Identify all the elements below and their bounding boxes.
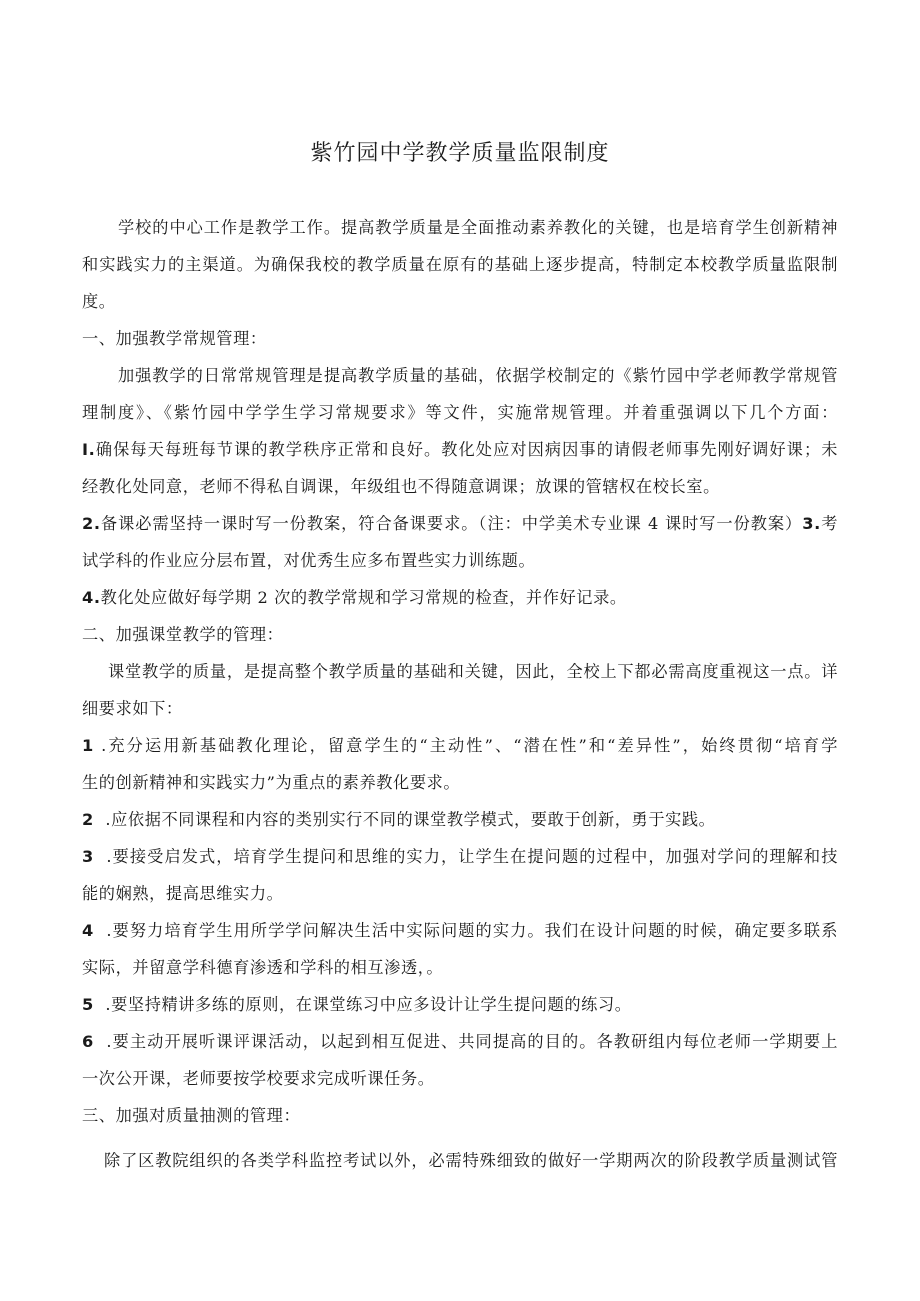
section-2-item-6-line-1: 6 .要主动开展听课评课活动，以起到相互促进、共同提高的目的。各教研组内每位老师… — [82, 1031, 838, 1053]
section-2-item-3-line-2: 能的娴熟，提高思维实力。 — [82, 883, 283, 905]
item-number: I. — [82, 440, 95, 459]
section-2-para-line-1: 课堂教学的质量，是提高整个教学质量的基础和关键，因此，全校上下都必需高度重视这一… — [108, 661, 838, 683]
section-1-para-line-1: 加强教学的日常常规管理是提高教学质量的基础，依据学校制定的《紫竹园中学老师教学常… — [118, 365, 838, 387]
item-number: 2 — [82, 810, 94, 829]
section-2-heading: 二、加强课堂教学的管理： — [82, 624, 283, 646]
item-number: 3 — [82, 847, 94, 866]
section-2-item-3-line-1: 3 .要接受启发式，培育学生提问和思维的实力，让学生在提问题的过程中，加强对学问… — [82, 846, 838, 868]
section-1-para-line-2: 理制度》、《紫竹园中学学生学习常规要求》等文件，实施常规管理。并着重强调以下几个… — [82, 402, 838, 424]
item-text: 教化处应做好每学期 2 次的教学常规和学习常规的检查，并作好记录。 — [101, 588, 627, 607]
document-page: 紫竹园中学教学质量监限制度 学校的中心工作是教学工作。提高教学质量是全面推动素养… — [0, 0, 920, 1301]
section-2-item-1-line-1: 1 .充分运用新基础教化理论，留意学生的“主动性”、“潜在性”和“差异性”，始终… — [82, 735, 838, 757]
section-3-para-line-1: 除了区教院组织的各类学科监控考试以外，必需特殊细致的做好一学期两次的阶段教学质量… — [104, 1150, 838, 1172]
section-1-item-4-line-1: 4.教化处应做好每学期 2 次的教学常规和学习常规的检查，并作好记录。 — [82, 587, 627, 609]
section-2-para-line-2: 细要求如下： — [82, 698, 183, 720]
section-2-item-2-line-1: 2 .应依据不同课程和内容的类别实行不同的课堂教学模式，要敢于创新，勇于实践。 — [82, 809, 715, 831]
item-number: 4. — [82, 588, 101, 607]
section-2-item-6-line-2: 一次公开课，老师要按学校要求完成听课任务。 — [82, 1068, 435, 1090]
item-number: 4 — [82, 921, 94, 940]
section-2-item-1-line-2: 生的创新精神和实践实力”为重点的素养教化要求。 — [82, 772, 460, 794]
item-number: 6 — [82, 1032, 94, 1051]
item-text: .要坚持精讲多练的原则，在课堂练习中应多设计让学生提问题的练习。 — [105, 995, 631, 1014]
item-text: 确保每天每班每节课的教学秩序正常和良好。教化处应对因病因事的请假老师事先刚好调好… — [95, 440, 838, 459]
item-text: .应依据不同课程和内容的类别实行不同的课堂教学模式，要敢于创新，勇于实践。 — [105, 810, 715, 829]
section-1-heading: 一、加强教学常规管理： — [82, 328, 267, 350]
document-title: 紫竹园中学教学质量监限制度 — [0, 139, 920, 169]
item-number: 1 — [82, 736, 94, 755]
section-2-item-4-line-1: 4 .要努力培育学生用所学学问解决生活中实际问题的实力。我们在设计问题的时候，确… — [82, 920, 838, 942]
section-3-heading: 三、加强对质量抽测的管理： — [82, 1105, 300, 1127]
item-number: 2. — [82, 514, 101, 533]
section-1-item-1-line-1: I.确保每天每班每节课的教学秩序正常和良好。教化处应对因病因事的请假老师事先刚好… — [82, 439, 838, 461]
intro-line-2: 和实践实力的主渠道。为确保我校的教学质量在原有的基础上逐步提高，特制定本校教学质… — [82, 254, 838, 276]
section-2-item-5-line-1: 5 .要坚持精讲多练的原则，在课堂练习中应多设计让学生提问题的练习。 — [82, 994, 632, 1016]
section-1-item-1-line-2: 经教化处同意，老师不得私自调课，年级组也不得随意调课；放课的管辖权在校长室。 — [82, 476, 720, 498]
intro-line-1: 学校的中心工作是教学工作。提高教学质量是全面推动素养教化的关键，也是培育学生创新… — [118, 217, 838, 239]
item-text: .充分运用新基础教化理论，留意学生的“主动性”、“潜在性”和“差异性”，始终贯彻… — [101, 736, 838, 755]
item-text: 备课必需坚持一课时写一份教案，符合备课要求。（注：中学美术专业课 4 课时写一份… — [101, 514, 803, 533]
item-number: 5 — [82, 995, 94, 1014]
section-1-item-2-line-1: 2.备课必需坚持一课时写一份教案，符合备课要求。（注：中学美术专业课 4 课时写… — [82, 513, 838, 535]
item-text: .要主动开展听课评课活动，以起到相互促进、共同提高的目的。各教研组内每位老师一学… — [106, 1032, 838, 1051]
item-text: .要努力培育学生用所学学问解决生活中实际问题的实力。我们在设计问题的时候，确定要… — [106, 921, 838, 940]
item-text: .要接受启发式，培育学生提问和思维的实力，让学生在提问题的过程中，加强对学问的理… — [106, 847, 838, 866]
intro-line-3: 度。 — [82, 291, 116, 313]
item-number-inline: 3. — [802, 514, 821, 533]
section-2-item-4-line-2: 实际，并留意学科德育渗透和学科的相互渗透，。 — [82, 957, 443, 979]
item-text-inline: 考 — [821, 514, 838, 533]
section-1-item-2-line-2: 试学科的作业应分层布置，对优秀生应多布置些实力训练题。 — [82, 550, 535, 572]
